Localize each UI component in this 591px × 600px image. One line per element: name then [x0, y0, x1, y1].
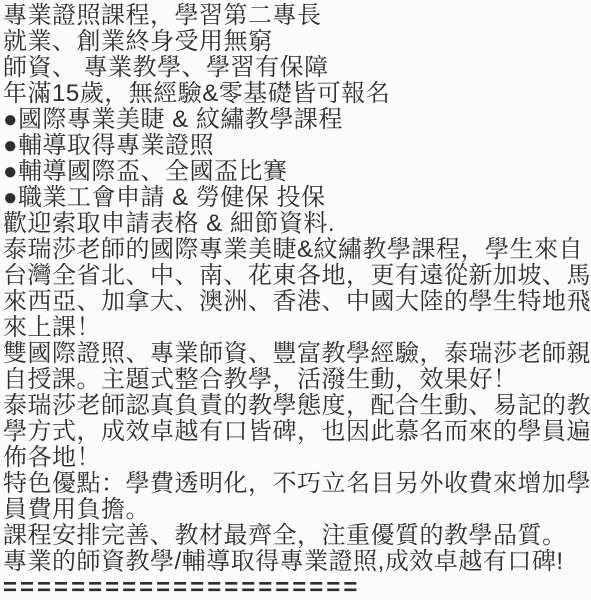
divider-line: =====================	[3, 575, 591, 600]
text-line: 自授課。主題式整合教學，活潑生動，效果好！	[3, 367, 591, 393]
text-line: 雙國際證照、專業師資、豐富教學經驗，泰瑞莎老師親	[3, 341, 591, 367]
headline-line: 專業證照課程，學習第二專長	[3, 3, 591, 29]
text-line: 師資、 專業教學、學習有保障	[3, 55, 591, 81]
bullet-item: ●輔導取得專業證照	[3, 133, 591, 159]
bullet-item: ●職業工會申請 & 勞健保 投保	[3, 185, 591, 211]
text-line: 課程安排完善、教材最齊全，注重優質的教學品質。	[3, 523, 591, 549]
text-line: 歡迎索取申請表格 & 細節資料.	[3, 211, 591, 237]
text-line: 就業、創業終身受用無窮	[3, 29, 591, 55]
text-line: 專業的師資教學/輔導取得專業證照,成效卓越有口碑!	[3, 549, 591, 575]
text-line: 來上課！	[3, 315, 591, 341]
text-line: 學方式，成效卓越有口皆碑，也因此慕名而來的學員遍	[3, 419, 591, 445]
bullet-item: ●輔導國際盃、全國盃比賽	[3, 159, 591, 185]
text-line: 特色優點：學費透明化，不巧立名目另外收費來增加學	[3, 471, 591, 497]
text-line: 佈各地！	[3, 445, 591, 471]
text-line: 員費用負擔。	[3, 497, 591, 523]
text-line: 泰瑞莎老師的國際專業美睫&紋繡教學課程，學生來自	[3, 237, 591, 263]
course-ad-text-document: 專業證照課程，學習第二專長 就業、創業終身受用無窮 師資、 專業教學、學習有保障…	[0, 0, 591, 600]
bullet-item: ●國際專業美睫 & 紋繡教學課程	[3, 107, 591, 133]
text-line: 泰瑞莎老師認真負責的教學態度，配合生動、易記的教	[3, 393, 591, 419]
text-line: 來西亞、加拿大、澳洲、香港、中國大陸的學生特地飛	[3, 289, 591, 315]
text-line: 年滿15歲，無經驗&零基礎皆可報名	[3, 81, 591, 107]
text-line: 台灣全省北、中、南、花東各地，更有遠從新加坡、馬	[3, 263, 591, 289]
